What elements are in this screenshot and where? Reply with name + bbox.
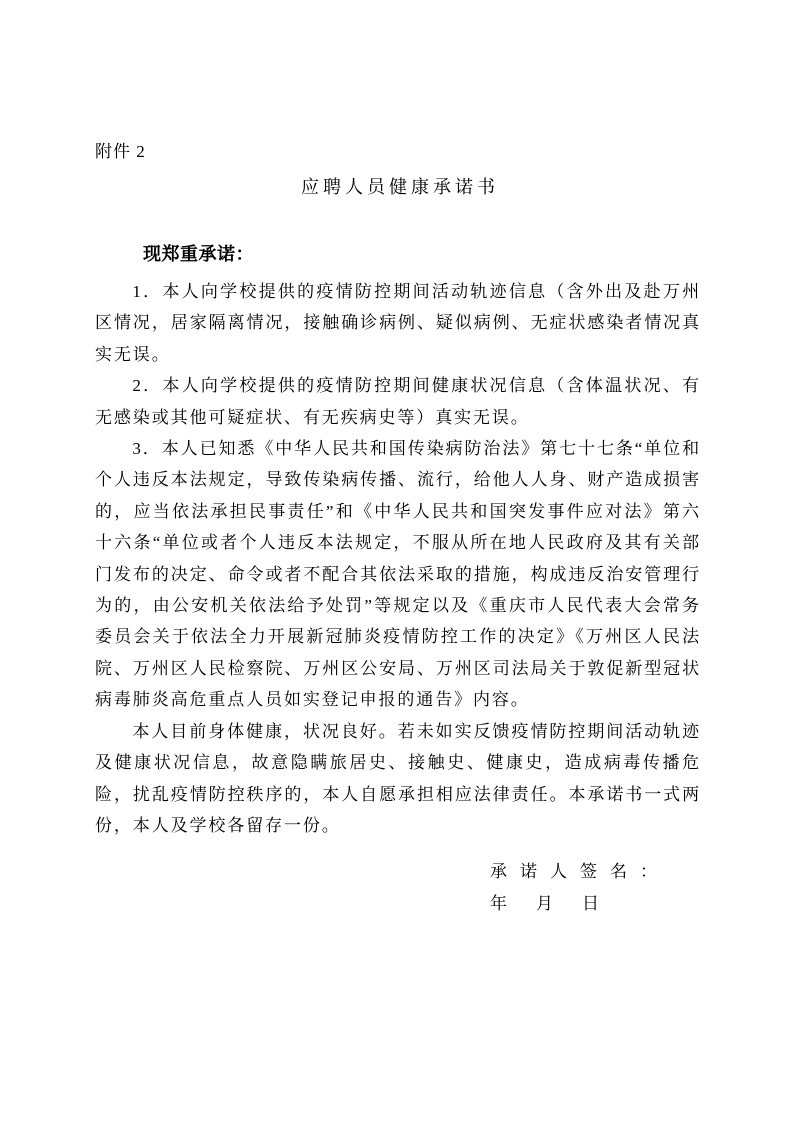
paragraph-health-status: 2．本人向学校提供的疫情防控期间健康状况信息（含体温状况、有无感染或其他可疑症状… xyxy=(95,370,701,433)
document-content: 附件 2 应聘人员健康承诺书 现郑重承诺： 1．本人向学校提供的疫情防控期间活动… xyxy=(95,143,701,919)
document-title: 应聘人员健康承诺书 xyxy=(95,178,701,197)
date-month-label: 月 xyxy=(536,888,553,919)
date-year-label: 年 xyxy=(490,888,507,919)
signer-signature-label: 承诺人签名： xyxy=(490,856,701,887)
signature-block: 承诺人签名： 年 月 日 xyxy=(490,856,701,919)
paragraph-commitment: 本人目前身体健康，状况良好。若未如实反馈疫情防控期间活动轨迹及健康状况信息，故意… xyxy=(95,716,701,842)
paragraph-activity-track: 1．本人向学校提供的疫情防控期间活动轨迹信息（含外出及赴万州区情况，居家隔离情况… xyxy=(95,276,701,370)
document-body: 1．本人向学校提供的疫情防控期间活动轨迹信息（含外出及赴万州区情况，居家隔离情况… xyxy=(95,276,701,841)
date-day-label: 日 xyxy=(582,888,599,919)
paragraph-legal-awareness: 3．本人已知悉《中华人民共和国传染病防治法》第七十七条“单位和个人违反本法规定，… xyxy=(95,433,701,716)
document-page: 附件 2 应聘人员健康承诺书 现郑重承诺： 1．本人向学校提供的疫情防控期间活动… xyxy=(0,0,793,1122)
pledge-heading: 现郑重承诺： xyxy=(143,245,701,264)
attachment-label: 附件 2 xyxy=(95,143,701,161)
signature-date-line: 年 月 日 xyxy=(490,888,701,919)
